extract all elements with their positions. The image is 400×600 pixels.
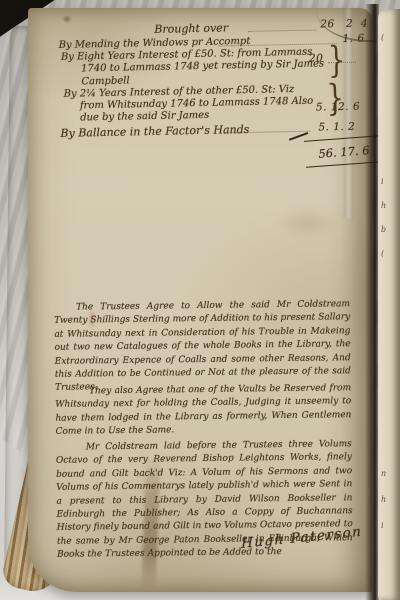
next-page-ink-fragment: ( bbox=[381, 249, 384, 258]
minutes-section: The Trustees Agree to Allow the said Mr … bbox=[24, 6, 375, 594]
next-page-ink-fragment: n bbox=[381, 469, 386, 478]
minute-paragraph: They also Agree that one of the Vaults b… bbox=[55, 382, 352, 439]
next-page-ink-fragment: i bbox=[381, 521, 384, 530]
photo-scene: Brought over 26 2 4 By Mending the Windo… bbox=[0, 0, 400, 600]
minute-paragraph: The Trustees Agree to Allow the said Mr … bbox=[54, 298, 351, 395]
manuscript-page: Brought over 26 2 4 By Mending the Windo… bbox=[28, 8, 372, 592]
next-page-edge: ( i h b ( n h i bbox=[378, 9, 400, 600]
book-gutter bbox=[365, 4, 379, 600]
next-page-ink-fragment: h bbox=[381, 495, 386, 504]
next-page-ink-fragment: h bbox=[381, 201, 386, 210]
next-page-ink-fragment: b bbox=[381, 225, 386, 234]
next-page-ink-fragment: i bbox=[381, 177, 384, 186]
next-page-ink-fragment: ( bbox=[381, 33, 384, 42]
